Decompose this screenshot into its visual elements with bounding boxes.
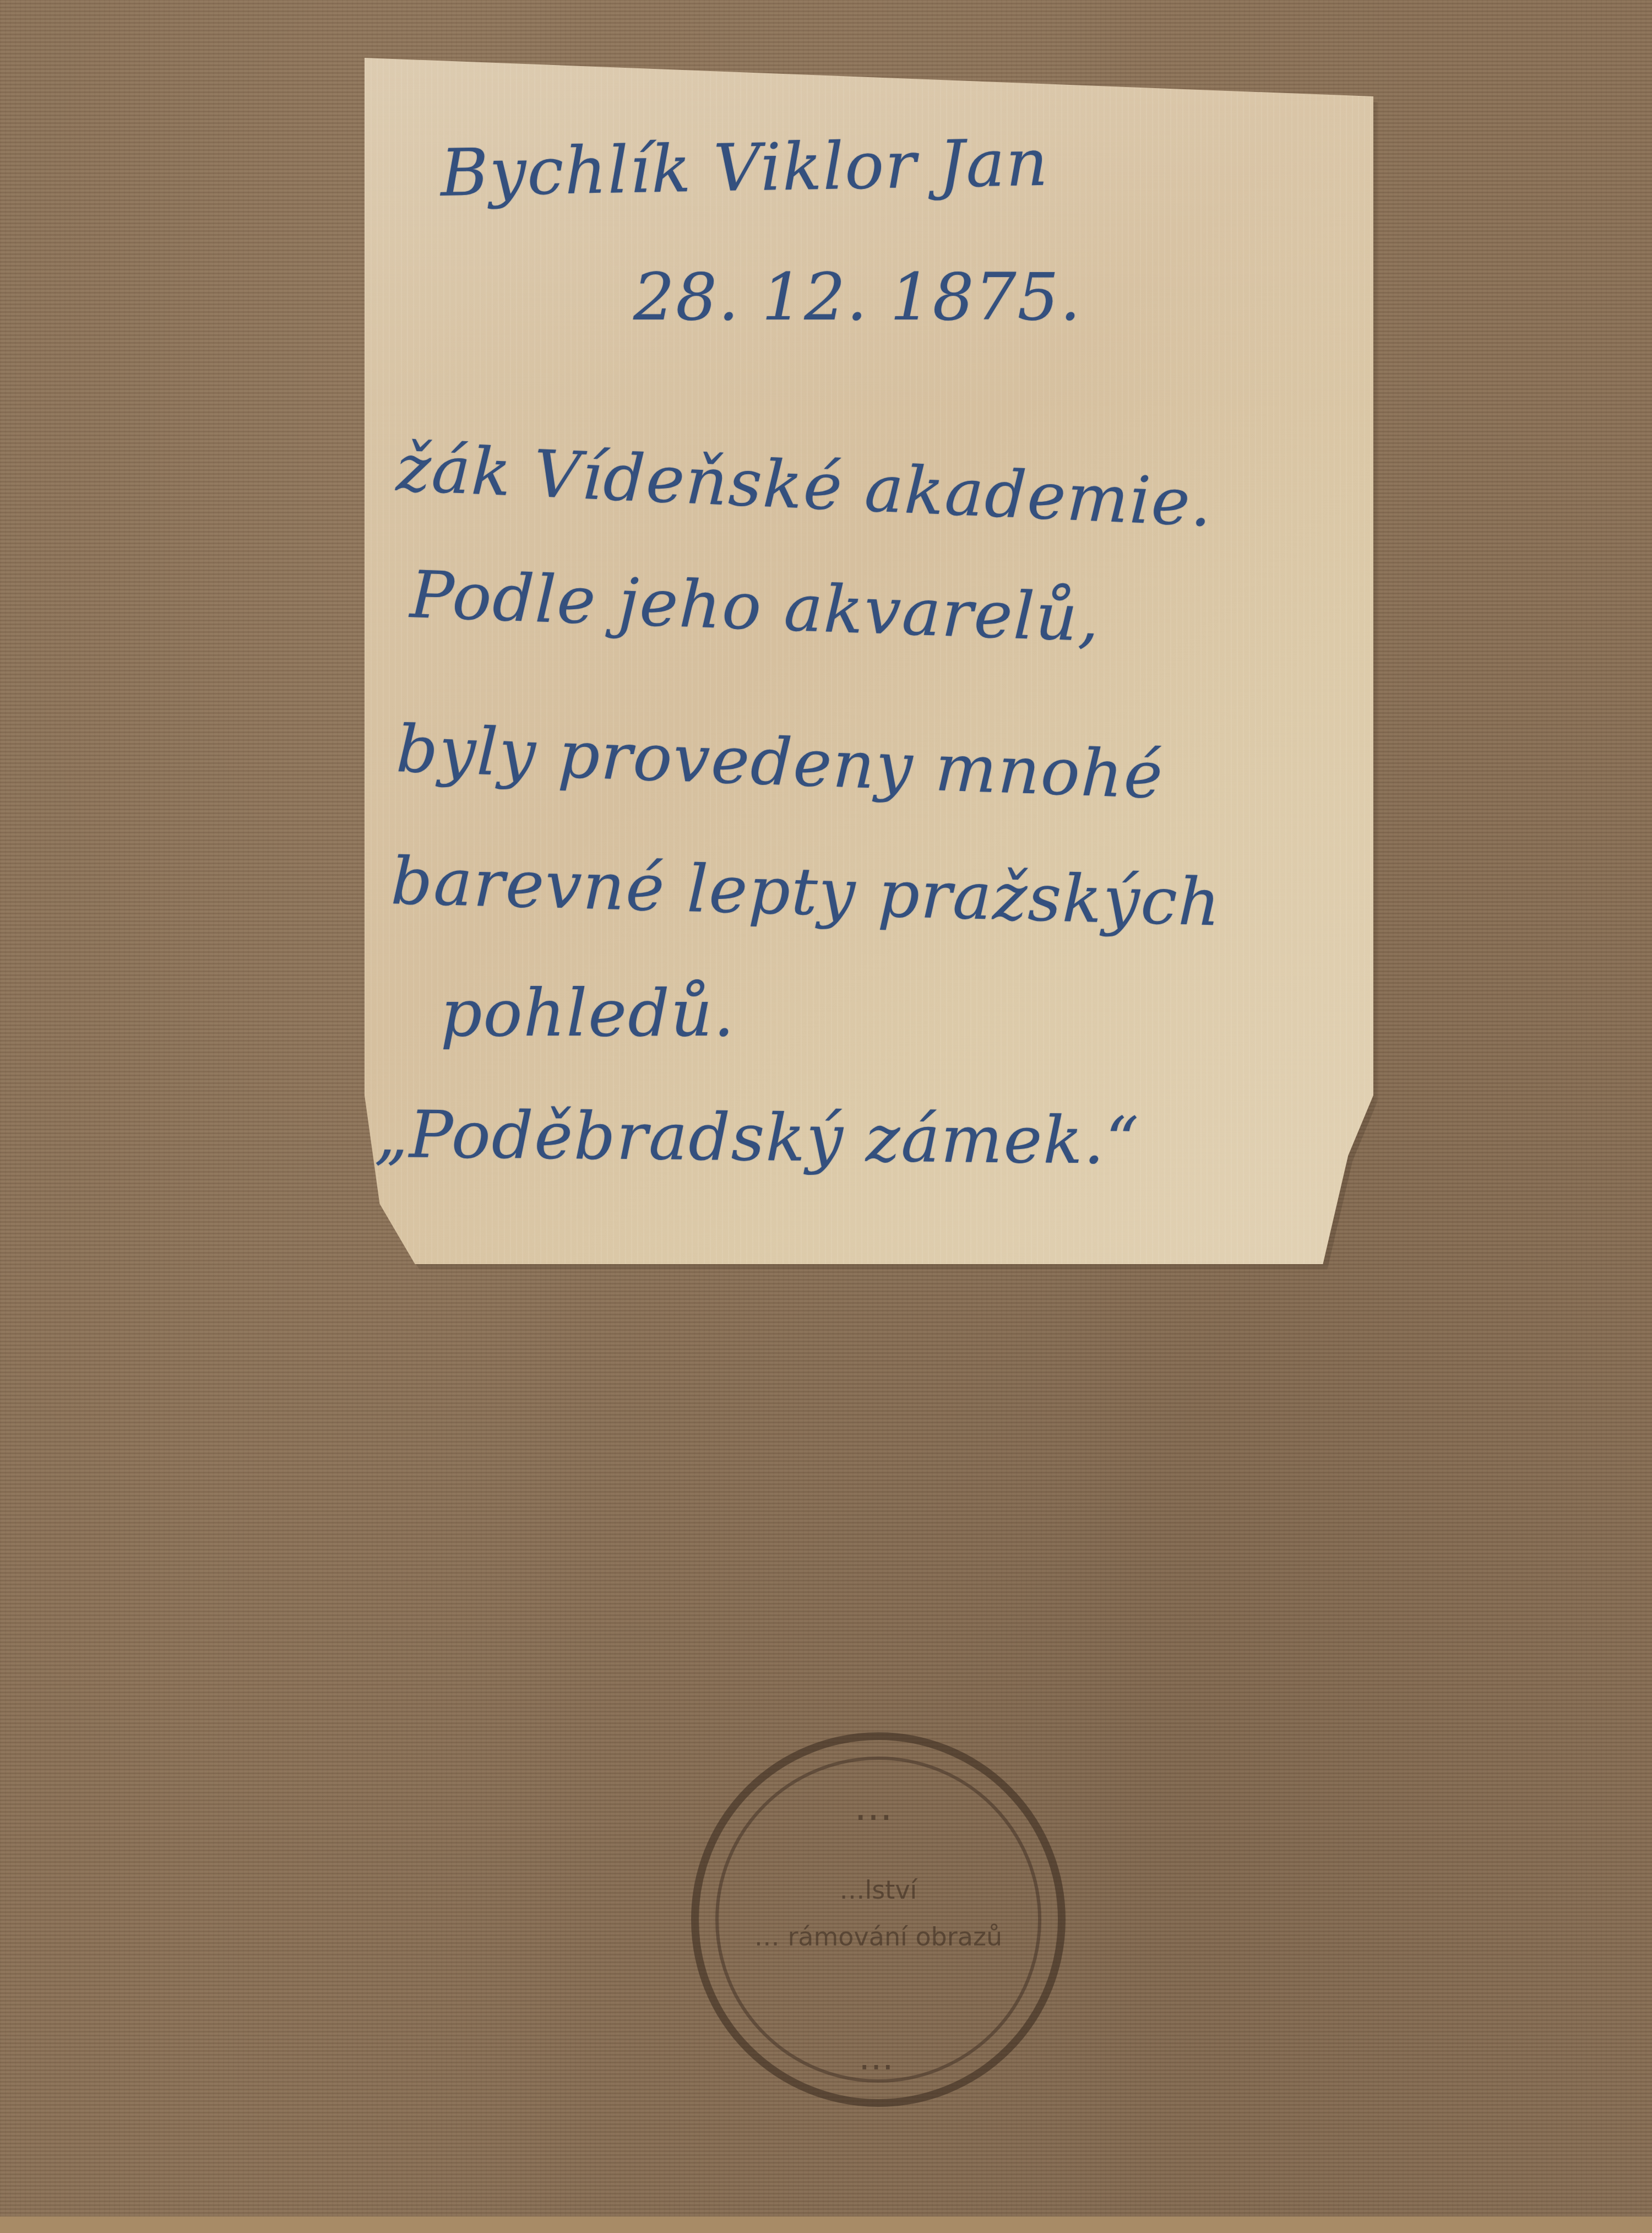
stamp-text-top: …: [699, 1784, 1058, 1829]
stamp-text-middle-1: …lství: [699, 1875, 1058, 1905]
label-line-name: Bychlík Viklor Jan: [440, 124, 1050, 211]
framer-stamp: … …lství … rámování obrazů …: [691, 1732, 1066, 2107]
stamp-text-middle-2: … rámování obrazů: [699, 1922, 1058, 1952]
label-line-birthdate: 28. 12. 1875.: [633, 259, 1082, 335]
label-line-views: pohledů.: [441, 975, 735, 1051]
label-line-title: „Poděbradský zámek.“: [374, 1096, 1140, 1179]
board-bottom-edge: [0, 2216, 1652, 2233]
paper-label: [365, 58, 1373, 1264]
stamp-text-bottom: …: [699, 2037, 1058, 2078]
